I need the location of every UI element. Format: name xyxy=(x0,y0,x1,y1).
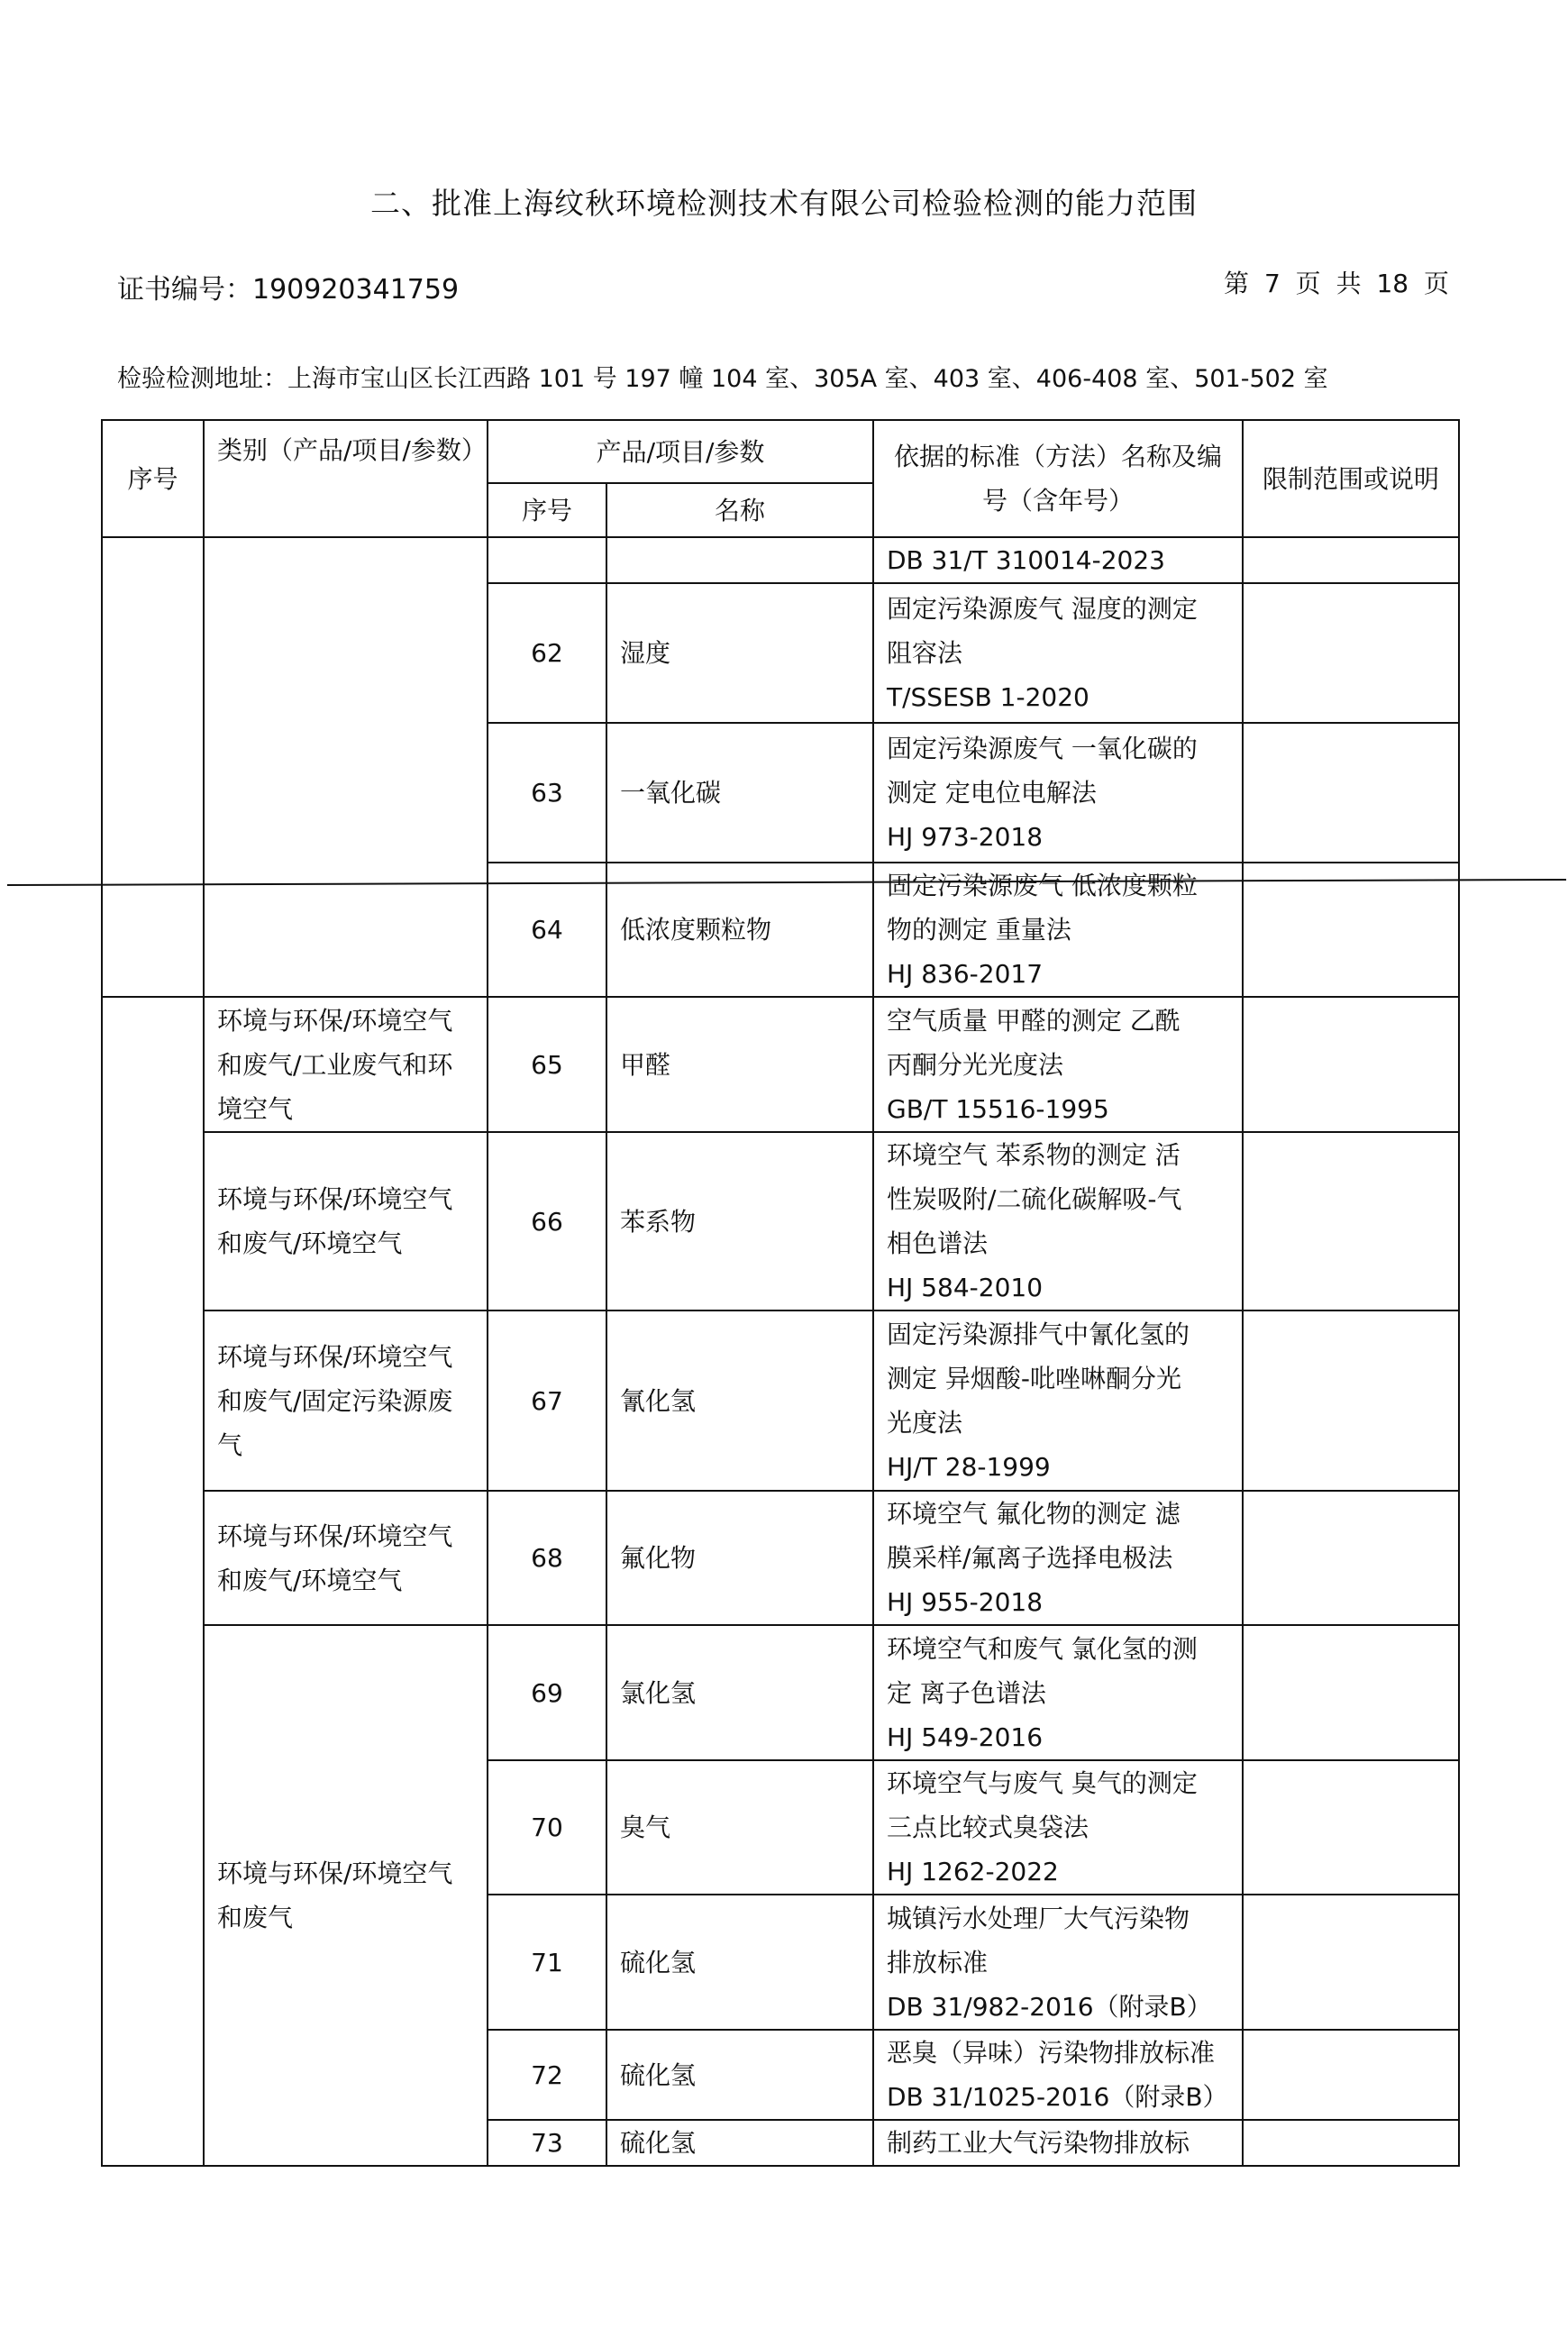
standard-cell: 制药工业大气污染物排放标 xyxy=(873,2120,1243,2166)
name-cell: 硫化氢 xyxy=(606,1895,873,2030)
table-row: 环境与环保/环境空气和废气/环境空气 68 氟化物 环境空气 氟化物的测定 滤 … xyxy=(102,1491,1459,1625)
table-row: 环境与环保/环境空气和废气/固定污染源废气 67 氰化氢 固定污染源排气中氰化氢… xyxy=(102,1310,1459,1491)
standard-cell: 环境空气与废气 臭气的测定 三点比较式臭袋法 HJ 1262-2022 xyxy=(873,1760,1243,1895)
limit-cell xyxy=(1243,1760,1459,1895)
limit-cell xyxy=(1243,2030,1459,2120)
standard-line: 光度法 xyxy=(887,1401,1229,1445)
standard-line: 制药工业大气污染物排放标 xyxy=(887,2121,1229,2165)
sub-seq-cell xyxy=(488,537,606,583)
name-cell: 一氧化碳 xyxy=(606,723,873,863)
document-title: 二、批准上海纹秋环境检测技术有限公司检验检测的能力范围 xyxy=(0,180,1568,223)
standard-line: HJ 836-2017 xyxy=(887,952,1229,996)
standard-line: 定 离子色谱法 xyxy=(887,1671,1229,1715)
table-row: 环境与环保/环境空气和废气 69 氯化氢 环境空气和废气 氯化氢的测 定 离子色… xyxy=(102,1625,1459,1760)
standard-line: GB/T 15516-1995 xyxy=(887,1087,1229,1131)
header-limit: 限制范围或说明 xyxy=(1243,420,1459,537)
standard-cell: 环境空气 氟化物的测定 滤 膜采样/氟离子选择电极法 HJ 955-2018 xyxy=(873,1491,1243,1625)
cert-label: 证书编号： xyxy=(117,274,252,306)
sub-seq-cell: 66 xyxy=(488,1132,606,1310)
sub-seq-cell: 62 xyxy=(488,583,606,723)
sub-seq-cell: 72 xyxy=(488,2030,606,2120)
standard-cell: 城镇污水处理厂大气污染物 排放标准 DB 31/982-2016（附录B） xyxy=(873,1895,1243,2030)
sub-seq-cell: 67 xyxy=(488,1310,606,1491)
seq-cell xyxy=(102,537,204,997)
standard-cell: 恶臭（异味）污染物排放标准 DB 31/1025-2016（附录B） xyxy=(873,2030,1243,2120)
standard-line: 固定污染源废气 低浓度颗粒 xyxy=(887,863,1229,908)
sub-seq-cell: 63 xyxy=(488,723,606,863)
standard-line: 丙酮分光光度法 xyxy=(887,1043,1229,1087)
standard-line: DB 31/982-2016（附录B） xyxy=(887,1985,1229,2029)
standard-line: 三点比较式臭袋法 xyxy=(887,1805,1229,1849)
limit-cell xyxy=(1243,723,1459,863)
standard-line: HJ 549-2016 xyxy=(887,1715,1229,1759)
header-product-group: 产品/项目/参数 xyxy=(488,420,873,483)
standard-line: T/SSESB 1-2020 xyxy=(887,675,1229,719)
standard-line: 环境空气和废气 氯化氢的测 xyxy=(887,1627,1229,1671)
limit-cell xyxy=(1243,997,1459,1132)
table-row: DB 31/T 310014-2023 xyxy=(102,537,1459,583)
name-cell: 苯系物 xyxy=(606,1132,873,1310)
name-cell: 甲醛 xyxy=(606,997,873,1132)
standard-line: 性炭吸附/二硫化碳解吸-气 xyxy=(887,1177,1229,1221)
standard-line: HJ 955-2018 xyxy=(887,1580,1229,1624)
name-cell: 硫化氢 xyxy=(606,2030,873,2120)
standard-line: 恶臭（异味）污染物排放标准 xyxy=(887,2031,1229,2075)
standard-line: 膜采样/氟离子选择电极法 xyxy=(887,1536,1229,1580)
standard-cell: 固定污染源排气中氰化氢的 测定 异烟酸-吡唑啉酮分光 光度法 HJ/T 28-1… xyxy=(873,1310,1243,1491)
standard-line: 排放标准 xyxy=(887,1941,1229,1985)
standard-line: HJ 973-2018 xyxy=(887,815,1229,859)
limit-cell xyxy=(1243,2120,1459,2166)
sub-seq-cell: 71 xyxy=(488,1895,606,2030)
standard-line: 城镇污水处理厂大气污染物 xyxy=(887,1896,1229,1941)
capability-table: 序号 类别（产品/项目/参数） 产品/项目/参数 依据的标准（方法）名称及编号（… xyxy=(101,419,1460,2167)
page-indicator: 第 7 页 共 18 页 xyxy=(1224,264,1449,300)
category-cell: 环境与环保/环境空气和废气/工业废气和环境空气 xyxy=(204,997,488,1132)
category-cell xyxy=(204,537,488,997)
name-cell: 硫化氢 xyxy=(606,2120,873,2166)
seq-cell xyxy=(102,997,204,2166)
category-cell: 环境与环保/环境空气和废气/固定污染源废气 xyxy=(204,1310,488,1491)
address-line: 检验检测地址：上海市宝山区长江西路 101 号 197 幢 104 室、305A… xyxy=(117,359,1328,394)
standard-cell: 固定污染源废气 一氧化碳的 测定 定电位电解法 HJ 973-2018 xyxy=(873,723,1243,863)
limit-cell xyxy=(1243,1625,1459,1760)
sub-seq-cell: 65 xyxy=(488,997,606,1132)
standard-cell: 固定污染源废气 湿度的测定 阻容法 T/SSESB 1-2020 xyxy=(873,583,1243,723)
category-cell: 环境与环保/环境空气和废气/环境空气 xyxy=(204,1132,488,1310)
standard-cell: 环境空气和废气 氯化氢的测 定 离子色谱法 HJ 549-2016 xyxy=(873,1625,1243,1760)
standard-line: HJ 1262-2022 xyxy=(887,1849,1229,1894)
limit-cell xyxy=(1243,1491,1459,1625)
limit-cell xyxy=(1243,1895,1459,2030)
standard-line: 固定污染源排气中氰化氢的 xyxy=(887,1312,1229,1356)
certificate-number: 证书编号：190920341759 xyxy=(117,267,459,306)
table-row: 环境与环保/环境空气和废气/工业废气和环境空气 65 甲醛 空气质量 甲醛的测定… xyxy=(102,997,1459,1132)
header-sub-seq: 序号 xyxy=(488,483,606,537)
standard-line: 固定污染源废气 湿度的测定 xyxy=(887,587,1229,631)
limit-cell xyxy=(1243,1310,1459,1491)
category-cell: 环境与环保/环境空气和废气 xyxy=(204,1625,488,2166)
limit-cell xyxy=(1243,583,1459,723)
standard-line: 物的测定 重量法 xyxy=(887,908,1229,952)
address-label: 检验检测地址： xyxy=(117,365,287,393)
name-cell: 臭气 xyxy=(606,1760,873,1895)
header-name: 名称 xyxy=(606,483,873,537)
name-cell: 氰化氢 xyxy=(606,1310,873,1491)
name-cell: 氟化物 xyxy=(606,1491,873,1625)
standard-line: 环境空气 氟化物的测定 滤 xyxy=(887,1492,1229,1536)
standard-cell: DB 31/T 310014-2023 xyxy=(873,537,1243,583)
name-cell: 氯化氢 xyxy=(606,1625,873,1760)
name-cell xyxy=(606,537,873,583)
standard-line: DB 31/T 310014-2023 xyxy=(887,538,1229,582)
standard-line: DB 31/1025-2016（附录B） xyxy=(887,2075,1229,2119)
limit-cell xyxy=(1243,537,1459,583)
limit-cell xyxy=(1243,1132,1459,1310)
category-cell: 环境与环保/环境空气和废气/环境空气 xyxy=(204,1491,488,1625)
table-row: 环境与环保/环境空气和废气/环境空气 66 苯系物 环境空气 苯系物的测定 活 … xyxy=(102,1132,1459,1310)
header-seq: 序号 xyxy=(102,420,204,537)
standard-line: 测定 异烟酸-吡唑啉酮分光 xyxy=(887,1356,1229,1401)
standard-line: HJ/T 28-1999 xyxy=(887,1445,1229,1489)
standard-line: 固定污染源废气 一氧化碳的 xyxy=(887,726,1229,771)
sub-seq-cell: 73 xyxy=(488,2120,606,2166)
cert-value: 190920341759 xyxy=(252,274,459,306)
standard-line: 测定 定电位电解法 xyxy=(887,771,1229,815)
standard-line: 阻容法 xyxy=(887,631,1229,675)
limit-cell xyxy=(1243,863,1459,997)
sub-seq-cell: 68 xyxy=(488,1491,606,1625)
sub-seq-cell: 69 xyxy=(488,1625,606,1760)
standard-cell: 空气质量 甲醛的测定 乙酰 丙酮分光光度法 GB/T 15516-1995 xyxy=(873,997,1243,1132)
header-category: 类别（产品/项目/参数） xyxy=(204,420,488,537)
standard-line: HJ 584-2010 xyxy=(887,1265,1229,1310)
address-value: 上海市宝山区长江西路 101 号 197 幢 104 室、305A 室、403 … xyxy=(287,365,1328,393)
header-standard: 依据的标准（方法）名称及编号（含年号） xyxy=(873,420,1243,537)
standard-line: 相色谱法 xyxy=(887,1221,1229,1265)
standard-line: 空气质量 甲醛的测定 乙酰 xyxy=(887,999,1229,1043)
name-cell: 湿度 xyxy=(606,583,873,723)
sub-seq-cell: 70 xyxy=(488,1760,606,1895)
standard-line: 环境空气与废气 臭气的测定 xyxy=(887,1761,1229,1805)
standard-line: 环境空气 苯系物的测定 活 xyxy=(887,1133,1229,1177)
standard-cell: 环境空气 苯系物的测定 活 性炭吸附/二硫化碳解吸-气 相色谱法 HJ 584-… xyxy=(873,1132,1243,1310)
